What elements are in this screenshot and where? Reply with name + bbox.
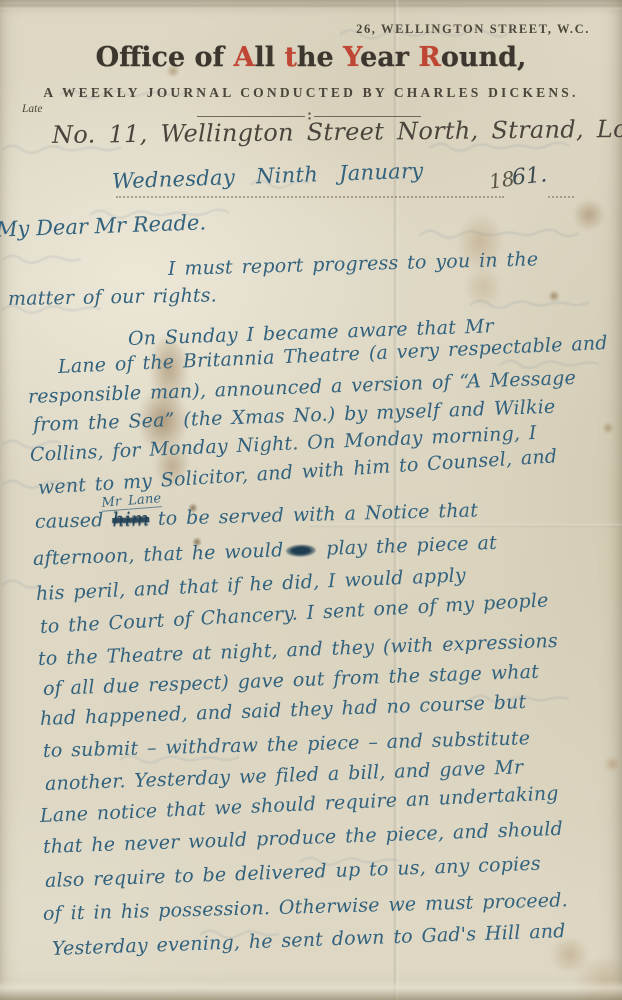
letter-line: matter of our rights.: [8, 284, 217, 310]
letter-line-with-blot: afternoon, that he would play the piece …: [33, 532, 498, 570]
date-dotted-rule: [116, 196, 504, 198]
letter-line: that he never would produce the piece, a…: [43, 818, 564, 858]
date-handwritten: Wednesday Ninth January: [112, 159, 424, 194]
stain: [548, 290, 560, 302]
line-text: play the piece at: [317, 532, 497, 560]
letter-line: Yesterday evening, he sent down to Gad's…: [52, 920, 566, 960]
horizontal-fold-crease: [0, 5, 622, 9]
stain: [574, 198, 604, 232]
title-part: ear: [360, 42, 418, 73]
ink-blot: [285, 544, 315, 557]
title-part-red: t: [284, 42, 296, 73]
letter-line: I must report progress to you in the: [168, 248, 539, 280]
title-part-red: A: [234, 42, 255, 73]
title-part-red: R: [418, 42, 440, 73]
struck-word: him: [112, 508, 150, 531]
paper-bottom-edge: [0, 980, 622, 1000]
letter-line: of it in his possession. Otherwise we mu…: [43, 889, 568, 925]
line-text: afternoon, that he would: [33, 539, 284, 570]
title-part-red: Y: [343, 42, 360, 73]
stain: [548, 938, 592, 972]
title-part: he: [297, 42, 343, 73]
journal-title: Office of All the Year Round,: [0, 42, 622, 73]
street-address-script: No. 11, Wellington Street North, Strand,…: [52, 115, 612, 149]
letter-line: to submit – withdraw the piece – and sub…: [43, 727, 531, 762]
title-part: Office of: [96, 42, 234, 73]
stain: [602, 422, 614, 434]
late-label: Late: [22, 103, 42, 115]
line-text: caused: [35, 509, 113, 533]
divider-line: [197, 116, 305, 117]
letter-line: also require to be delivered up to us, a…: [45, 853, 541, 892]
title-part: ound,: [441, 42, 527, 73]
letter-line-with-correction: caused himMr Lane to be served with a No…: [35, 499, 479, 533]
salutation: My Dear Mr Reade.: [0, 210, 206, 241]
title-part: ll: [255, 42, 285, 73]
letterhead-street-address-top: 26, WELLINGTON STREET, W.C.: [356, 22, 590, 37]
letter-page: 26, WELLINGTON STREET, W.C. Office of Al…: [0, 0, 622, 1000]
stain: [604, 756, 620, 772]
vertical-fold-crease: [394, 0, 398, 1000]
date-dotted-rule: [548, 196, 574, 198]
journal-subtitle: A WEEKLY JOURNAL CONDUCTED BY CHARLES DI…: [0, 85, 622, 101]
date-year-written: 61.: [511, 162, 548, 191]
